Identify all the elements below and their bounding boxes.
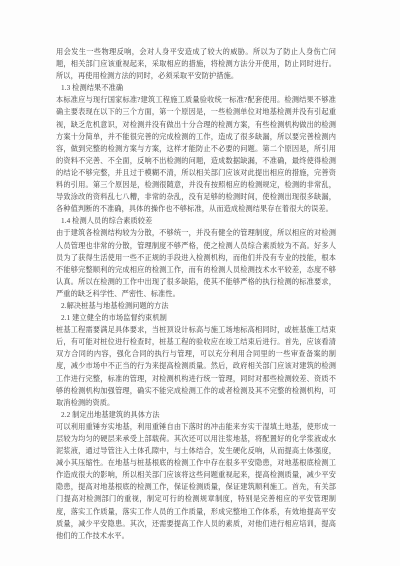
section-heading: 2.2 制定出地基建筑的具体方法 (56, 409, 336, 421)
body-paragraph: 本标准应与现行国家标准?建筑工程施工质量验收统一标准?配套使用。检测结果不够准确… (56, 94, 336, 215)
section-heading: 2.1 建立健全的市场监督约束机制 (56, 312, 336, 324)
body-paragraph: 桩基工程需要满足具体要求，当桩顶设计标高与施工场地标高相同时，或桩基施工结束后，… (56, 324, 336, 409)
body-paragraph: 可以利用重锤夯实地基，利用重锤自由下落时的冲击能来夯实干湿填土地基，使形成一层较… (56, 421, 336, 542)
body-paragraph: 由于建筑各检测结构较为分散，不够统一，并没有健全的管理制度，所以相应的对检测人员… (56, 227, 336, 300)
section-heading: 1.3 检测结果不准确 (56, 82, 336, 94)
section-heading: 1.4 检测人员的综合素质较差 (56, 215, 336, 227)
body-paragraph: 用会发生一些物理反响，会对人身平安造成了较大的威胁。所以为了防止人身伤亡问题，相… (56, 46, 336, 82)
document-page: 用会发生一些物理反响，会对人身平安造成了较大的威胁。所以为了防止人身伤亡问题，相… (0, 0, 400, 566)
section-heading: 2.解决桩基与地基检测问题的方法 (56, 300, 336, 312)
document-body: 用会发生一些物理反响，会对人身平安造成了较大的威胁。所以为了防止人身伤亡问题，相… (56, 46, 336, 542)
